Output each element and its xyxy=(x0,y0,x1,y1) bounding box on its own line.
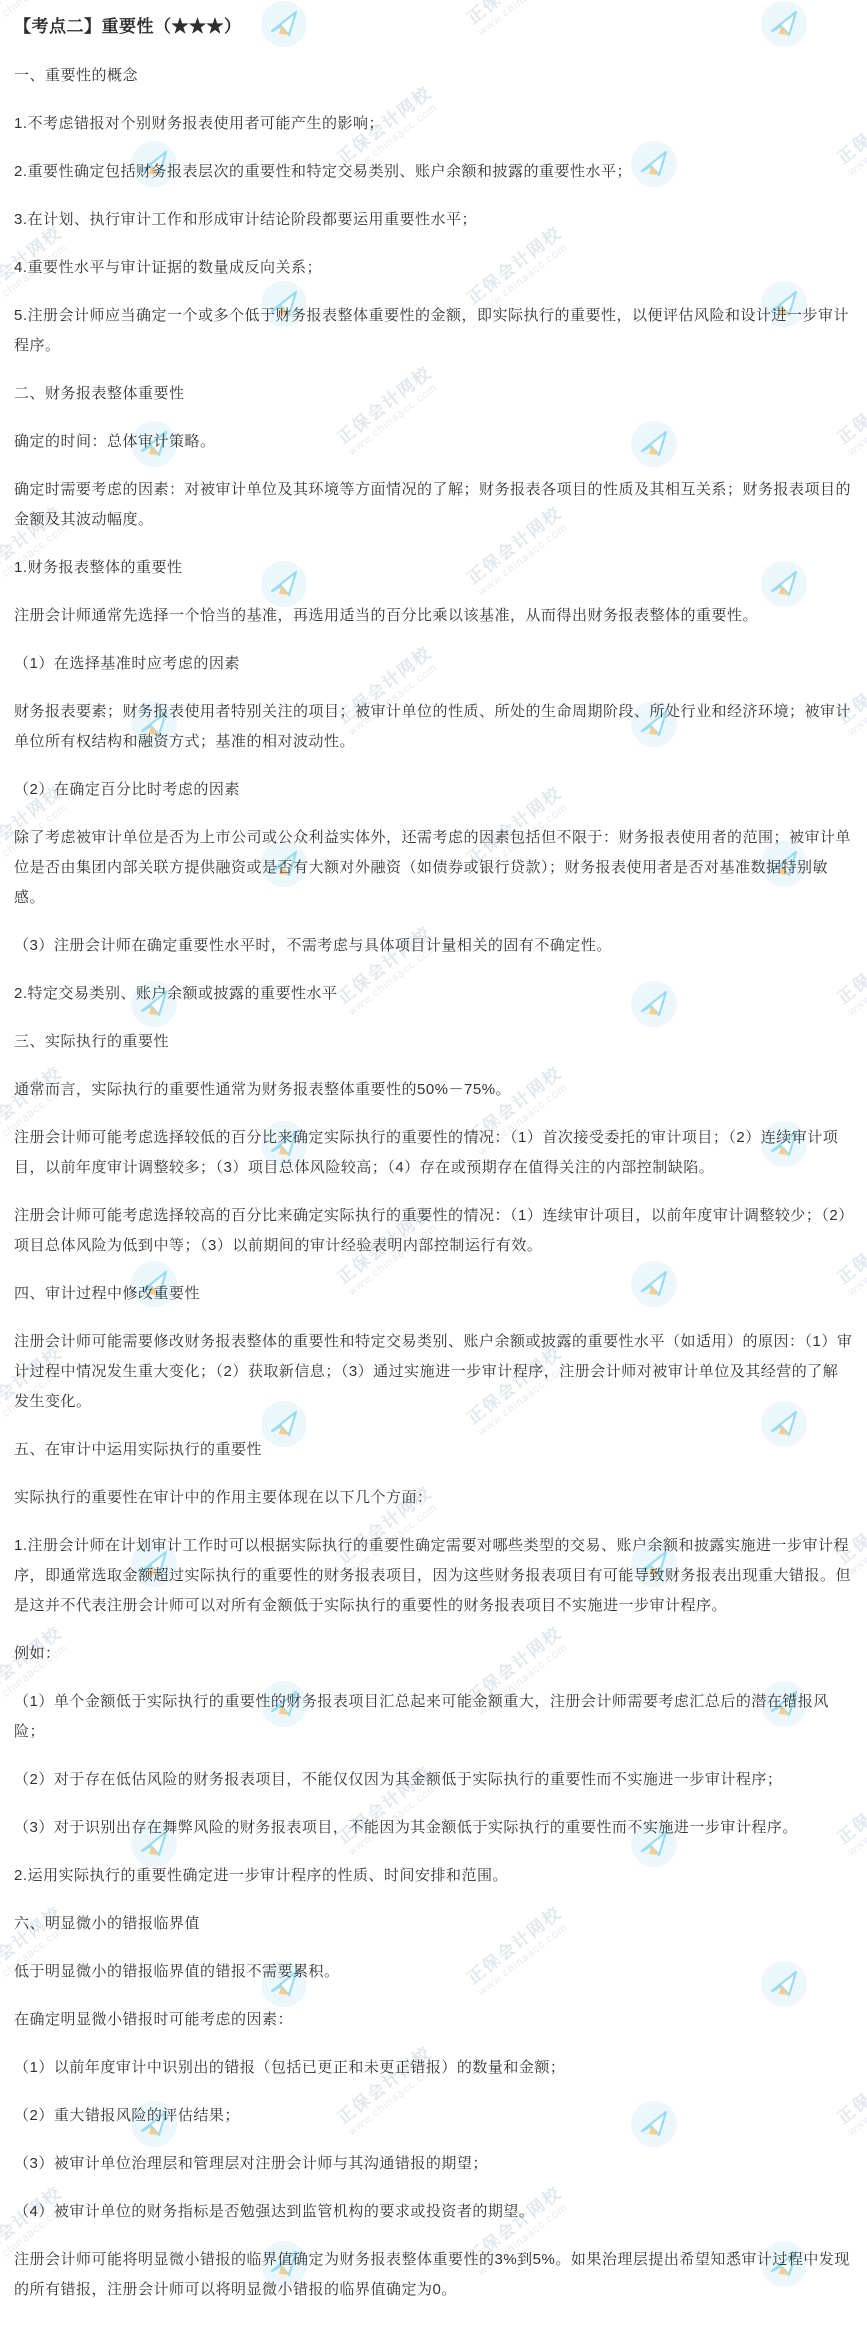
paragraph: 确定的时间：总体审计策略。 xyxy=(14,427,853,457)
section-heading: 二、财务报表整体重要性 xyxy=(14,379,853,409)
paragraph: 1.财务报表整体的重要性 xyxy=(14,553,853,583)
paragraph: 1.注册会计师在计划审计工作时可以根据实际执行的重要性确定需要对哪些类型的交易、… xyxy=(14,1531,853,1621)
paragraph: 除了考虑被审计单位是否为上市公司或公众利益实体外，还需考虑的因素包括但不限于：财… xyxy=(14,823,853,913)
paragraph: 2.重要性确定包括财务报表层次的重要性和特定交易类别、账户余额和披露的重要性水平… xyxy=(14,157,853,187)
paragraph: （1）单个金额低于实际执行的重要性的财务报表项目汇总起来可能金额重大，注册会计师… xyxy=(14,1687,853,1747)
paragraph: 注册会计师可能考虑选择较低的百分比来确定实际执行的重要性的情况：（1）首次接受委… xyxy=(14,1123,853,1183)
paragraph: 3.在计划、执行审计工作和形成审计结论阶段都要运用重要性水平； xyxy=(14,205,853,235)
paragraph: 2.运用实际执行的重要性确定进一步审计程序的性质、时间安排和范围。 xyxy=(14,1861,853,1891)
paragraph: 注册会计师通常先选择一个恰当的基准，再选用适当的百分比乘以该基准，从而得出财务报… xyxy=(14,601,853,631)
paragraph: 2.特定交易类别、账户余额或披露的重要性水平 xyxy=(14,979,853,1009)
section-heading: 一、重要性的概念 xyxy=(14,61,853,91)
document-page: 正保会计网校www.chinaacc.com正保会计网校www.chinaacc… xyxy=(0,0,867,2349)
paragraph: （2）重大错报风险的评估结果； xyxy=(14,2101,853,2131)
paragraph: 5.注册会计师应当确定一个或多个低于财务报表整体重要性的金额，即实际执行的重要性… xyxy=(14,301,853,361)
paragraph: 注册会计师可能需要修改财务报表整体的重要性和特定交易类别、账户余额或披露的重要性… xyxy=(14,1327,853,1417)
paragraph: 实际执行的重要性在审计中的作用主要体现在以下几个方面： xyxy=(14,1483,853,1513)
section-heading: 六、明显微小的错报临界值 xyxy=(14,1909,853,1939)
paragraph: （2）在确定百分比时考虑的因素 xyxy=(14,775,853,805)
paragraph: （4）被审计单位的财务指标是否勉强达到监管机构的要求或投资者的期望。 xyxy=(14,2197,853,2227)
paragraph: 注册会计师可能将明显微小错报的临界值确定为财务报表整体重要性的3%到5%。如果治… xyxy=(14,2245,853,2305)
paragraph: 4.重要性水平与审计证据的数量成反向关系； xyxy=(14,253,853,283)
section-heading: 五、在审计中运用实际执行的重要性 xyxy=(14,1435,853,1465)
paragraph: （2）对于存在低估风险的财务报表项目，不能仅仅因为其金额低于实际执行的重要性而不… xyxy=(14,1765,853,1795)
page-title: 【考点二】重要性（★★★） xyxy=(14,11,853,43)
paragraph: 注册会计师可能考虑选择较高的百分比来确定实际执行的重要性的情况：（1）连续审计项… xyxy=(14,1201,853,1261)
paragraph: 在确定明显微小错报时可能考虑的因素： xyxy=(14,2005,853,2035)
paragraph: （3）注册会计师在确定重要性水平时，不需考虑与具体项目计量相关的固有不确定性。 xyxy=(14,931,853,961)
paragraph: （3）被审计单位治理层和管理层对注册会计师与其沟通错报的期望； xyxy=(14,2149,853,2179)
paragraph: （1）在选择基准时应考虑的因素 xyxy=(14,649,853,679)
paragraph: 例如： xyxy=(14,1639,853,1669)
paragraph: 1.不考虑错报对个别财务报表使用者可能产生的影响； xyxy=(14,109,853,139)
paragraph: （3）对于识别出存在舞弊风险的财务报表项目，不能因为其金额低于实际执行的重要性而… xyxy=(14,1813,853,1843)
paragraph: （1）以前年度审计中识别出的错报（包括已更正和未更正错报）的数量和金额； xyxy=(14,2053,853,2083)
paragraph: 通常而言，实际执行的重要性通常为财务报表整体重要性的50%－75%。 xyxy=(14,1075,853,1105)
document-content: 【考点二】重要性（★★★）一、重要性的概念1.不考虑错报对个别财务报表使用者可能… xyxy=(0,0,867,2349)
section-heading: 三、实际执行的重要性 xyxy=(14,1027,853,1057)
paragraph: 确定时需要考虑的因素：对被审计单位及其环境等方面情况的了解；财务报表各项目的性质… xyxy=(14,475,853,535)
paragraph: 低于明显微小的错报临界值的错报不需要累积。 xyxy=(14,1957,853,1987)
section-heading: 四、审计过程中修改重要性 xyxy=(14,1279,853,1309)
paragraph: 财务报表要素；财务报表使用者特别关注的项目；被审计单位的性质、所处的生命周期阶段… xyxy=(14,697,853,757)
